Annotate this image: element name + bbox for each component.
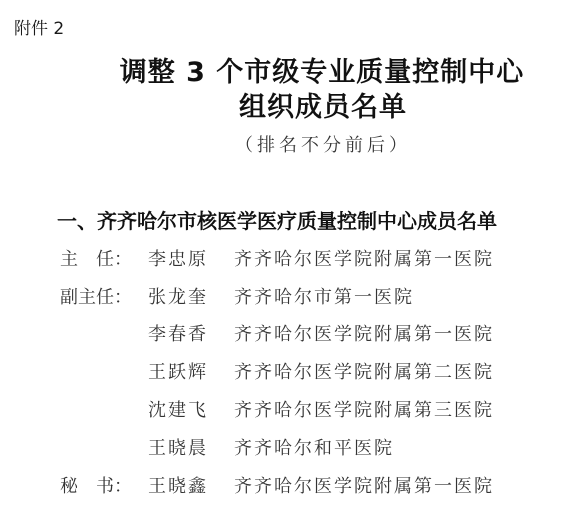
attachment-label: 附件 2 — [14, 14, 64, 39]
document-title-line1: 调整 3 个市级专业质量控制中心 — [58, 50, 586, 89]
member-row: 副主任：张龙奎齐齐哈尔市第一医院 — [60, 283, 414, 313]
member-role: 秘 书： — [60, 472, 148, 498]
member-row: 主 任：李忠原齐齐哈尔医学院附属第一医院 — [60, 245, 494, 275]
member-org: 齐齐哈尔和平医院 — [234, 434, 394, 460]
member-row: 王跃辉齐齐哈尔医学院附属第二医院 — [60, 358, 494, 388]
member-org: 齐齐哈尔市第一医院 — [234, 283, 414, 309]
member-org: 齐齐哈尔医学院附属第一医院 — [234, 320, 494, 346]
member-name: 王跃辉 — [148, 358, 234, 384]
member-org: 齐齐哈尔医学院附属第二医院 — [234, 358, 494, 384]
member-name: 李春香 — [148, 320, 234, 346]
section-heading: 一、齐齐哈尔市核医学医疗质量控制中心成员名单 — [57, 205, 497, 234]
member-name: 沈建飞 — [148, 396, 234, 422]
member-role: 副主任： — [60, 283, 148, 309]
member-name: 王晓晨 — [148, 434, 234, 460]
member-org: 齐齐哈尔医学院附属第三医院 — [234, 396, 494, 422]
member-name: 李忠原 — [148, 245, 234, 271]
member-row: 秘 书：王晓鑫齐齐哈尔医学院附属第一医院 — [60, 472, 494, 502]
document-subtitle: （排名不分前后） — [30, 131, 586, 157]
document-title-line2: 组织成员名单 — [30, 85, 586, 124]
member-row: 沈建飞齐齐哈尔医学院附属第三医院 — [60, 396, 494, 426]
member-row: 李春香齐齐哈尔医学院附属第一医院 — [60, 320, 494, 350]
member-org: 齐齐哈尔医学院附属第一医院 — [234, 472, 494, 498]
member-role: 主 任： — [60, 245, 148, 271]
member-org: 齐齐哈尔医学院附属第一医院 — [234, 245, 494, 271]
member-name: 王晓鑫 — [148, 472, 234, 498]
member-row: 王晓晨齐齐哈尔和平医院 — [60, 434, 394, 464]
member-name: 张龙奎 — [148, 283, 234, 309]
